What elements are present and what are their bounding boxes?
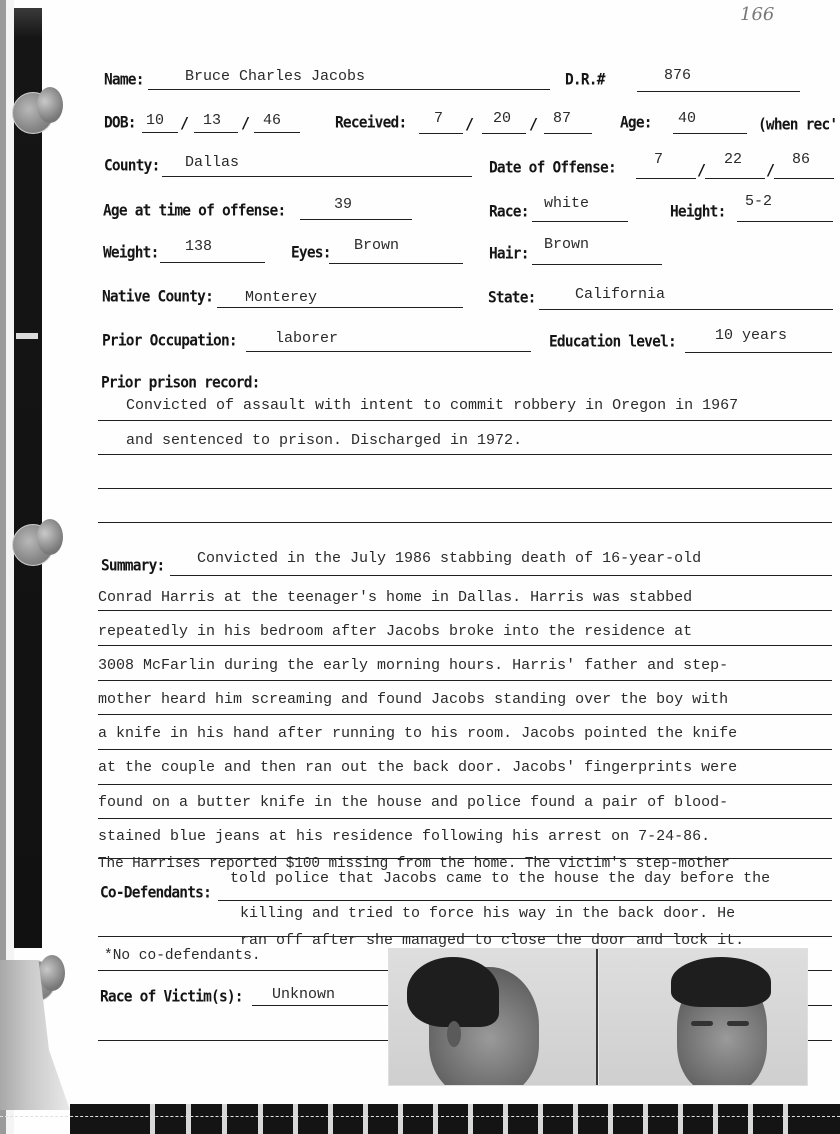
eyes-label: Eyes: [291, 244, 331, 261]
bottom-strip-tab [713, 1104, 718, 1134]
received-day: 20 [493, 110, 511, 127]
education-level-value: 10 years [715, 327, 787, 344]
age-value: 40 [678, 110, 696, 127]
binder-strip-label [16, 333, 38, 339]
eyes-value: Brown [354, 237, 399, 254]
state-label: State: [488, 289, 536, 306]
native-county-label: Native County: [102, 288, 213, 305]
bottom-strip-tab [678, 1104, 683, 1134]
prior-prison-record-label: Prior prison record: [101, 374, 260, 391]
weight-value: 138 [185, 238, 212, 255]
dr-number-label: D.R.# [565, 71, 605, 88]
date-of-offense-label: Date of Offense: [489, 159, 616, 176]
eyes-underline [329, 263, 463, 264]
summary-line: Convicted in the July 1986 stabbing deat… [197, 550, 701, 567]
age-underline [673, 133, 747, 134]
date-separator: / [241, 114, 250, 132]
race-underline [532, 221, 628, 222]
dob-day: 13 [203, 112, 221, 129]
bottom-strip-tab [433, 1104, 438, 1134]
date-separator: / [180, 114, 189, 132]
offense-day-underline [705, 178, 765, 179]
age-note: (when rec' [758, 116, 837, 133]
bottom-strip-tab [328, 1104, 333, 1134]
date-separator: / [465, 115, 474, 133]
summary-label: Summary: [101, 557, 164, 574]
summary-underline [98, 784, 832, 785]
date-separator: / [529, 115, 538, 133]
offense-month-underline [636, 178, 696, 179]
dob-day-underline [194, 132, 238, 133]
summary-line: found on a butter knife in the house and… [98, 794, 728, 811]
name-value: Bruce Charles Jacobs [185, 68, 365, 85]
summary-line: at the couple and then ran out the back … [98, 759, 737, 776]
native-county-underline [217, 307, 463, 308]
bottom-strip-tab [293, 1104, 298, 1134]
summary-line: killing and tried to force his way in th… [240, 905, 735, 922]
native-county-value: Monterey [245, 289, 317, 306]
bottom-strip-tab [538, 1104, 543, 1134]
state-underline [539, 309, 833, 310]
received-day-underline [482, 133, 526, 134]
age-at-offense-label: Age at time of offense: [103, 202, 285, 219]
mugshot-photo [388, 948, 808, 1086]
co-defendants-value: *No co-defendants. [104, 948, 261, 964]
binder-strip [14, 8, 42, 948]
bottom-strip-tab [573, 1104, 578, 1134]
age-label: Age: [620, 114, 652, 131]
handwritten-page-number: 166 [740, 4, 774, 25]
prior-record-line: and sentenced to prison. Discharged in 1… [126, 432, 522, 449]
perforation-line [0, 1116, 840, 1117]
summary-line: stained blue jeans at his residence foll… [98, 828, 710, 845]
prior-record-underline [98, 522, 832, 523]
offense-year: 86 [792, 151, 810, 168]
bottom-strip-tab [186, 1104, 191, 1134]
bottom-strip-tab [783, 1104, 788, 1134]
received-year: 87 [553, 110, 571, 127]
dob-label: DOB: [104, 114, 136, 131]
age-at-offense-underline [300, 219, 412, 220]
height-value: 5-2 [745, 193, 772, 210]
dob-month-underline [142, 132, 178, 133]
received-month: 7 [434, 110, 443, 127]
bottom-strip-tab [468, 1104, 473, 1134]
bottom-strip-tab [222, 1104, 227, 1134]
mugshot-front-view [599, 949, 807, 1085]
received-month-underline [419, 133, 463, 134]
prior-occupation-label: Prior Occupation: [102, 332, 237, 349]
bottom-strip-tab [503, 1104, 508, 1134]
bottom-strip-tab [398, 1104, 403, 1134]
offense-year-underline [774, 178, 834, 179]
date-separator: / [697, 161, 706, 179]
photo-divider [596, 949, 598, 1085]
name-label: Name: [104, 71, 144, 88]
dob-year: 46 [263, 112, 281, 129]
race-of-victims-label: Race of Victim(s): [100, 988, 243, 1005]
offense-day: 22 [724, 151, 742, 168]
received-year-underline [544, 133, 592, 134]
summary-line: a knife in his hand after running to his… [98, 725, 737, 742]
hair-value: Brown [544, 236, 589, 253]
state-value: California [575, 286, 665, 303]
hair-underline [532, 264, 662, 265]
hair-label: Hair: [489, 245, 529, 262]
bottom-strip-tab [748, 1104, 753, 1134]
summary-line: repeatedly in his bedroom after Jacobs b… [98, 623, 692, 640]
bottom-strip-tab [258, 1104, 263, 1134]
race-label: Race: [489, 203, 529, 220]
offense-month: 7 [654, 151, 663, 168]
prior-record-underline [98, 488, 832, 489]
summary-line: ran off after she managed to close the d… [240, 932, 744, 949]
prior-record-underline [98, 454, 832, 455]
summary-underline [98, 714, 832, 715]
bottom-strip-tab [363, 1104, 368, 1134]
weight-underline [160, 262, 265, 263]
education-level-label: Education level: [549, 333, 676, 350]
county-underline [162, 176, 472, 177]
summary-line: mother heard him screaming and found Jac… [98, 691, 728, 708]
dob-month: 10 [146, 112, 164, 129]
summary-underline [98, 680, 832, 681]
binder-ring-icon [12, 524, 54, 566]
education-level-underline [685, 352, 832, 353]
dob-year-underline [254, 132, 300, 133]
summary-underline [98, 818, 832, 819]
bottom-strip-tab [608, 1104, 613, 1134]
received-label: Received: [335, 114, 406, 131]
summary-underline [98, 645, 832, 646]
height-label: Height: [670, 203, 726, 220]
mugshot-profile-view [389, 949, 597, 1085]
race-of-victims-value: Unknown [272, 986, 335, 1003]
bottom-strip-tab [643, 1104, 648, 1134]
prior-record-underline [98, 420, 832, 421]
height-underline [737, 221, 833, 222]
summary-underline [98, 610, 832, 611]
summary-line: 3008 McFarlin during the early morning h… [98, 657, 728, 674]
race-value: white [544, 195, 589, 212]
date-separator: / [766, 161, 775, 179]
prior-record-line: Convicted of assault with intent to comm… [126, 397, 738, 414]
dr-number-underline [637, 91, 800, 92]
age-at-offense-value: 39 [334, 196, 352, 213]
bottom-strip-tab [150, 1104, 155, 1134]
county-label: County: [104, 157, 160, 174]
death-row-record-page: 166 Name: Bruce Charles Jacobs D.R.# 876… [0, 0, 840, 1134]
binder-ring-icon [12, 92, 54, 134]
summary-line: Conrad Harris at the teenager's home in … [98, 589, 692, 606]
co-defendants-label: Co-Defendants: [100, 884, 211, 901]
county-value: Dallas [185, 154, 239, 171]
name-underline [148, 89, 550, 90]
prior-occupation-value: laborer [275, 330, 338, 347]
co-defendants-underline [218, 900, 832, 901]
summary-underline [98, 749, 832, 750]
summary-line: told police that Jacobs came to the hous… [230, 870, 770, 887]
weight-label: Weight: [103, 244, 159, 261]
summary-underline [170, 575, 832, 576]
prior-occupation-underline [246, 351, 531, 352]
dr-number-value: 876 [664, 67, 691, 84]
